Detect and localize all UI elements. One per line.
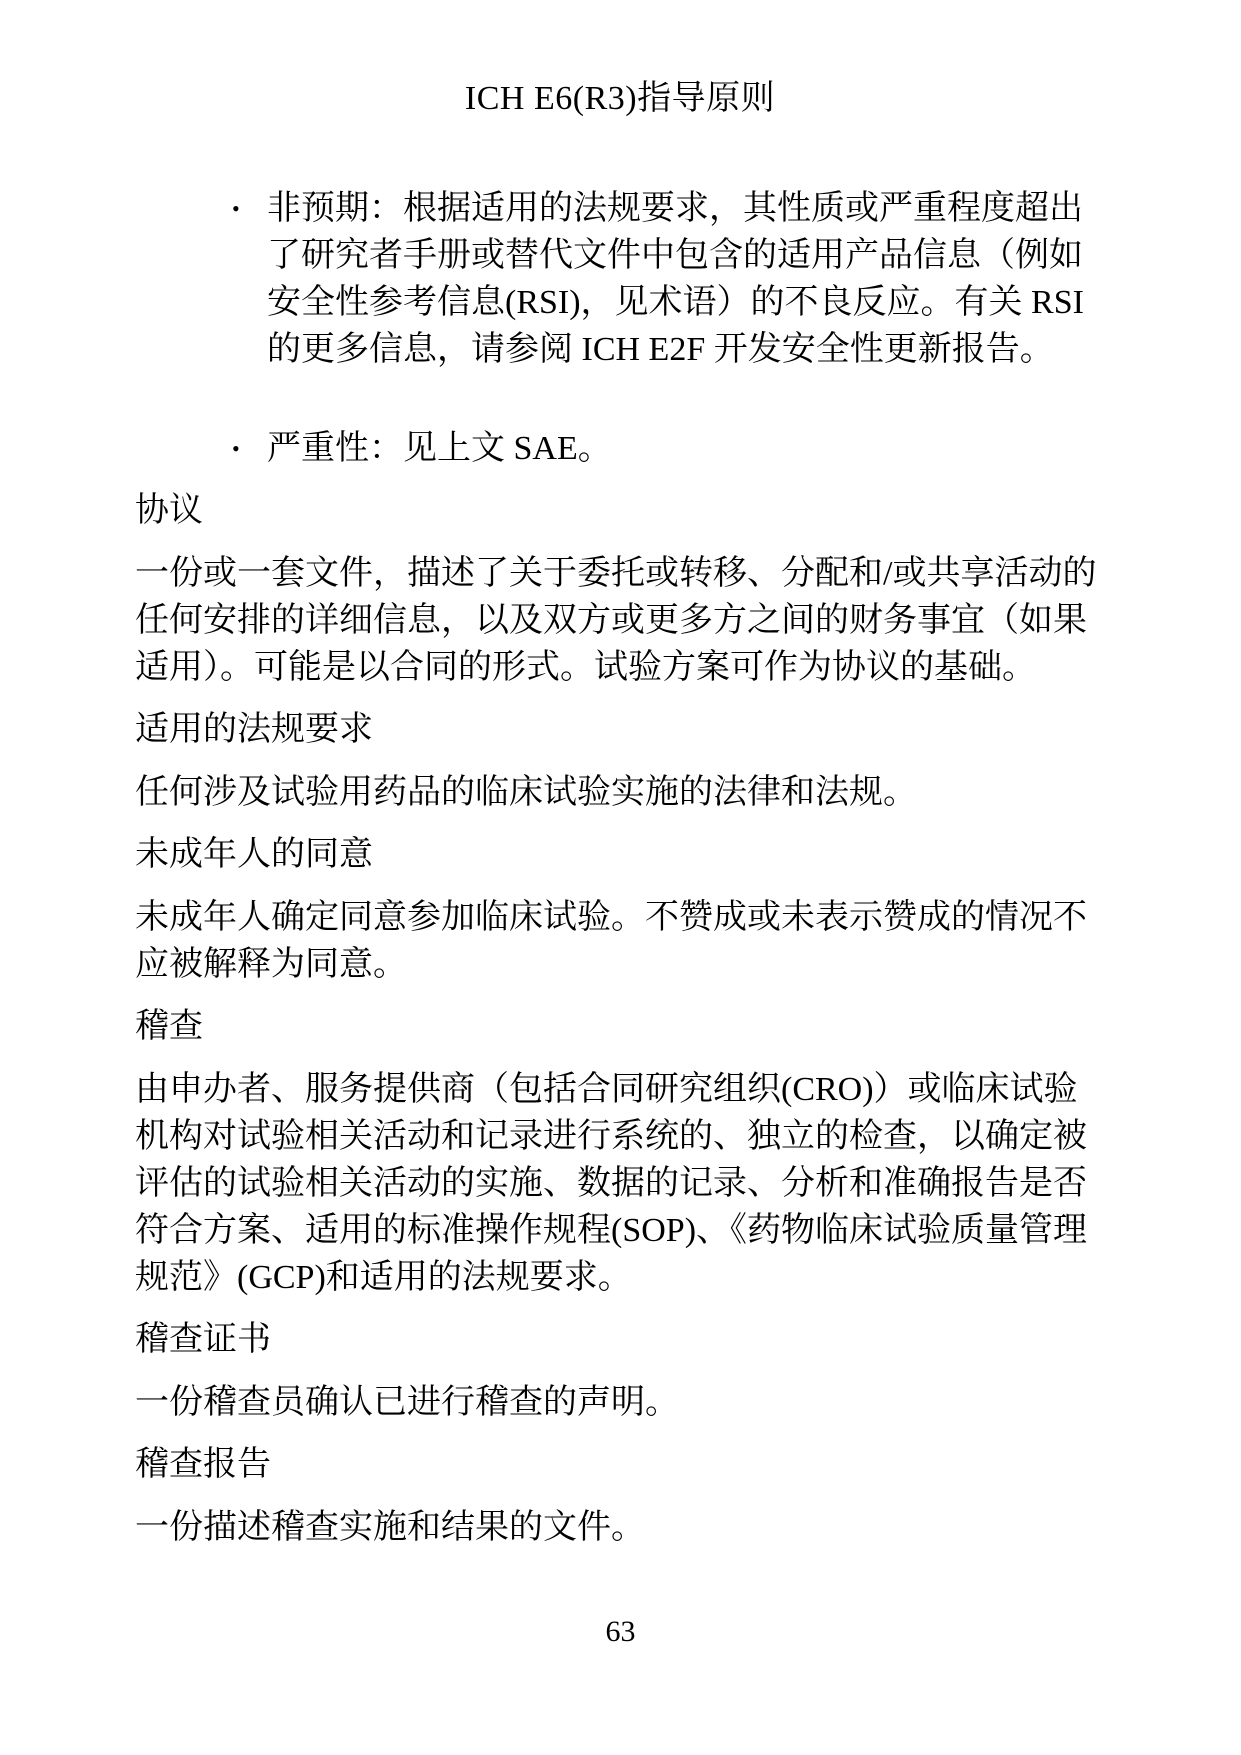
bullet-icon: • xyxy=(232,185,267,232)
section-heading: 适用的法规要求 xyxy=(135,706,1105,753)
section-audit-report: 稽查报告 一份描述稽查实施和结果的文件。 xyxy=(135,1441,1105,1551)
section-audit: 稽查 由申办者、服务提供商（包括合同研究组织(CRO)）或临床试验机构对试验相关… xyxy=(135,1003,1105,1301)
section-heading: 未成年人的同意 xyxy=(135,831,1105,878)
document-content: ICH E6(R3)指导原则 • 非预期：根据适用的法规要求，其性质或严重程度超… xyxy=(135,75,1105,1566)
section-assent-of-minors: 未成年人的同意 未成年人确定同意参加临床试验。不赞成或未表示赞成的情况不应被解释… xyxy=(135,831,1105,988)
section-heading: 协议 xyxy=(135,487,1105,534)
section-applicable-regulatory-requirements: 适用的法规要求 任何涉及试验用药品的临床试验实施的法律和法规。 xyxy=(135,706,1105,816)
list-item: • 严重性：见上文 SAE。 xyxy=(135,425,1105,472)
section-body: 由申办者、服务提供商（包括合同研究组织(CRO)）或临床试验机构对试验相关活动和… xyxy=(135,1066,1105,1301)
definition-bullet-list: • 非预期：根据适用的法规要求，其性质或严重程度超出了研究者手册或替代文件中包含… xyxy=(135,185,1105,472)
section-agreement: 协议 一份或一套文件，描述了关于委托或转移、分配和/或共享活动的任何安排的详细信… xyxy=(135,487,1105,691)
section-audit-certificate: 稽查证书 一份稽查员确认已进行稽查的声明。 xyxy=(135,1316,1105,1426)
section-body: 任何涉及试验用药品的临床试验实施的法律和法规。 xyxy=(135,769,1105,816)
section-body: 一份稽查员确认已进行稽查的声明。 xyxy=(135,1379,1105,1426)
section-body: 一份或一套文件，描述了关于委托或转移、分配和/或共享活动的任何安排的详细信息，以… xyxy=(135,550,1105,691)
section-body: 未成年人确定同意参加临床试验。不赞成或未表示赞成的情况不应被解释为同意。 xyxy=(135,894,1105,988)
bullet-text: 严重性：见上文 SAE。 xyxy=(267,425,1105,472)
section-heading: 稽查证书 xyxy=(135,1316,1105,1363)
bullet-text: 非预期：根据适用的法规要求，其性质或严重程度超出了研究者手册或替代文件中包含的适… xyxy=(267,185,1105,373)
section-body: 一份描述稽查实施和结果的文件。 xyxy=(135,1504,1105,1551)
page-number: 63 xyxy=(0,1612,1241,1652)
section-heading: 稽查报告 xyxy=(135,1441,1105,1488)
bullet-icon: • xyxy=(232,425,267,472)
document-page: ICH E6(R3)指导原则 • 非预期：根据适用的法规要求，其性质或严重程度超… xyxy=(0,0,1241,1755)
section-heading: 稽查 xyxy=(135,1003,1105,1050)
list-item: • 非预期：根据适用的法规要求，其性质或严重程度超出了研究者手册或替代文件中包含… xyxy=(135,185,1105,373)
document-title: ICH E6(R3)指导原则 xyxy=(135,75,1105,122)
